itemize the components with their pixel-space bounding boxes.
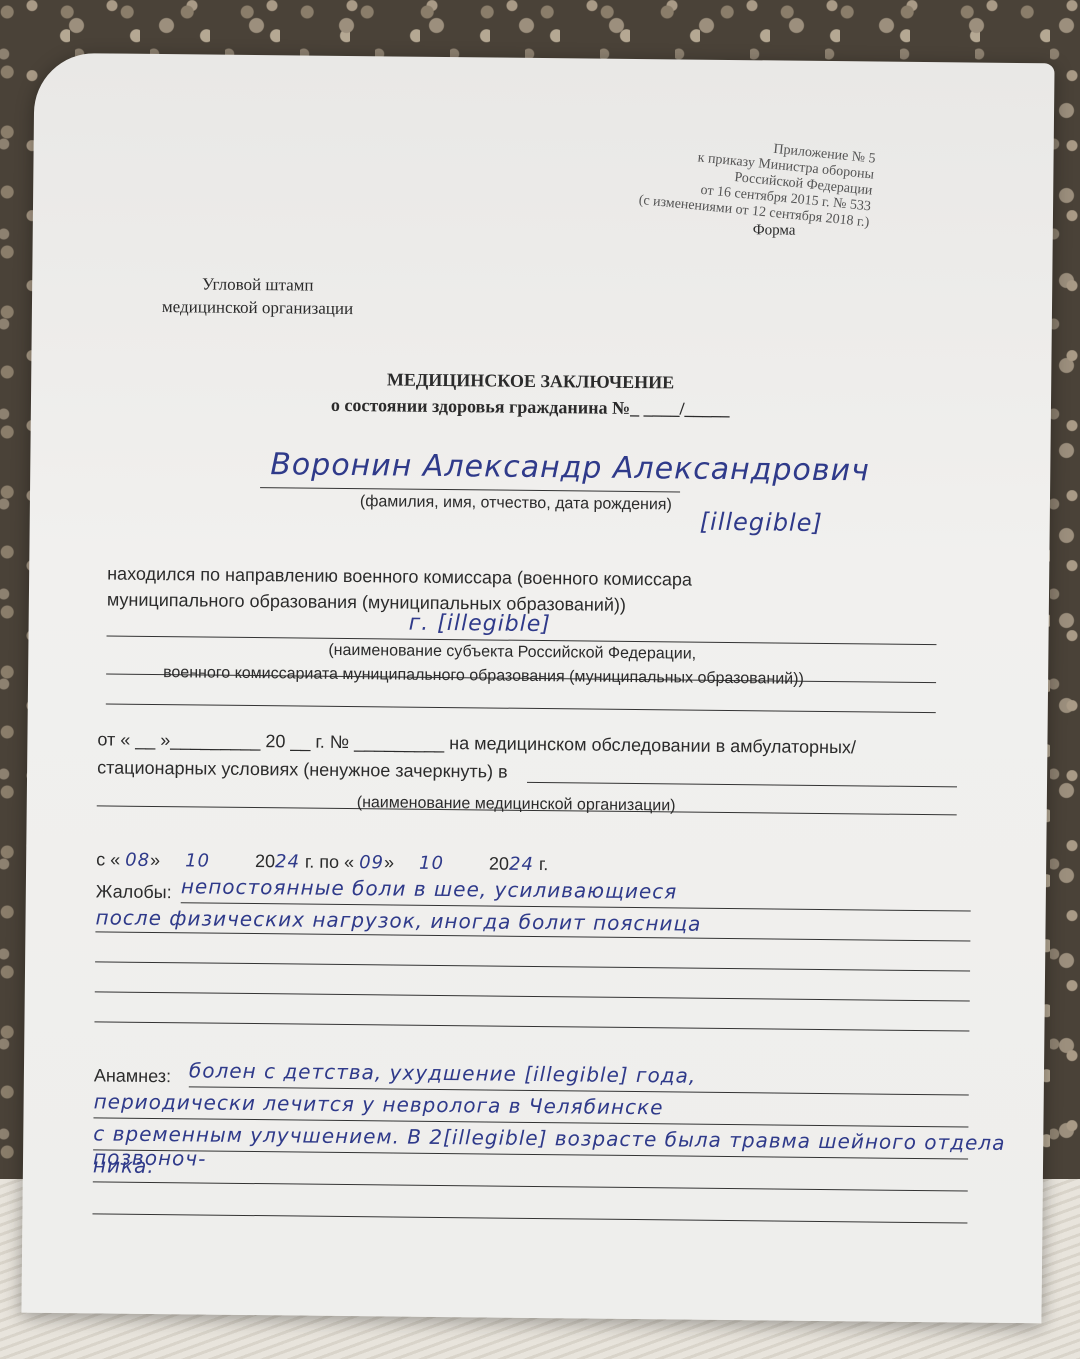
- anamnesis-line-4: ника.: [93, 1153, 155, 1178]
- anamnesis-label: Анамнез:: [94, 1065, 171, 1087]
- period-line: с « 08» 10 2024 г. по « 09» 10 2024 г.: [96, 849, 548, 875]
- subject-caption: (наименование субъекта Российской Федера…: [328, 642, 696, 664]
- referral-date-line: от « __ »_________ 20 __ г. № _________ …: [97, 729, 856, 758]
- approval-reference: Приложение № 5 к приказу Министра оборон…: [638, 129, 876, 231]
- form-label: Форма: [753, 222, 796, 239]
- commissariat-caption: военного комиссариата муниципального обр…: [163, 664, 804, 689]
- referral-line-1: находился по направлению военного комисс…: [107, 563, 692, 590]
- complaints-line-1: непостоянные боли в шее, усиливающиеся: [181, 874, 678, 903]
- birth-year-handwritten: [illegible]: [700, 508, 823, 537]
- document-title: МЕДИЦИНСКОЕ ЗАКЛЮЧЕНИЕ о состоянии здоро…: [331, 366, 730, 422]
- fio-caption: (фамилия, имя, отчество, дата рождения): [360, 493, 672, 514]
- anamnesis-line-2: периодически лечится у невролога в Челяб…: [94, 1089, 664, 1119]
- complaints-line-2: после физических нагрузок, иногда болит …: [95, 905, 701, 935]
- conditions-line: стационарных условиях (ненужное зачеркну…: [97, 757, 508, 782]
- commissariat-handwritten: г. [illegible]: [409, 611, 552, 637]
- org-caption: (наименование медицинской организации): [357, 794, 676, 815]
- corner-stamp-area: Угловой штамп медицинской организации: [162, 272, 354, 320]
- complaints-label: Жалобы:: [96, 881, 172, 903]
- medical-form-sheet: Приложение № 5 к приказу Министра оборон…: [21, 53, 1054, 1324]
- fio-handwritten: Воронин Александр Александрович: [270, 447, 870, 488]
- anamnesis-line-1: болен с детства, ухудшение [illegible] г…: [189, 1058, 696, 1087]
